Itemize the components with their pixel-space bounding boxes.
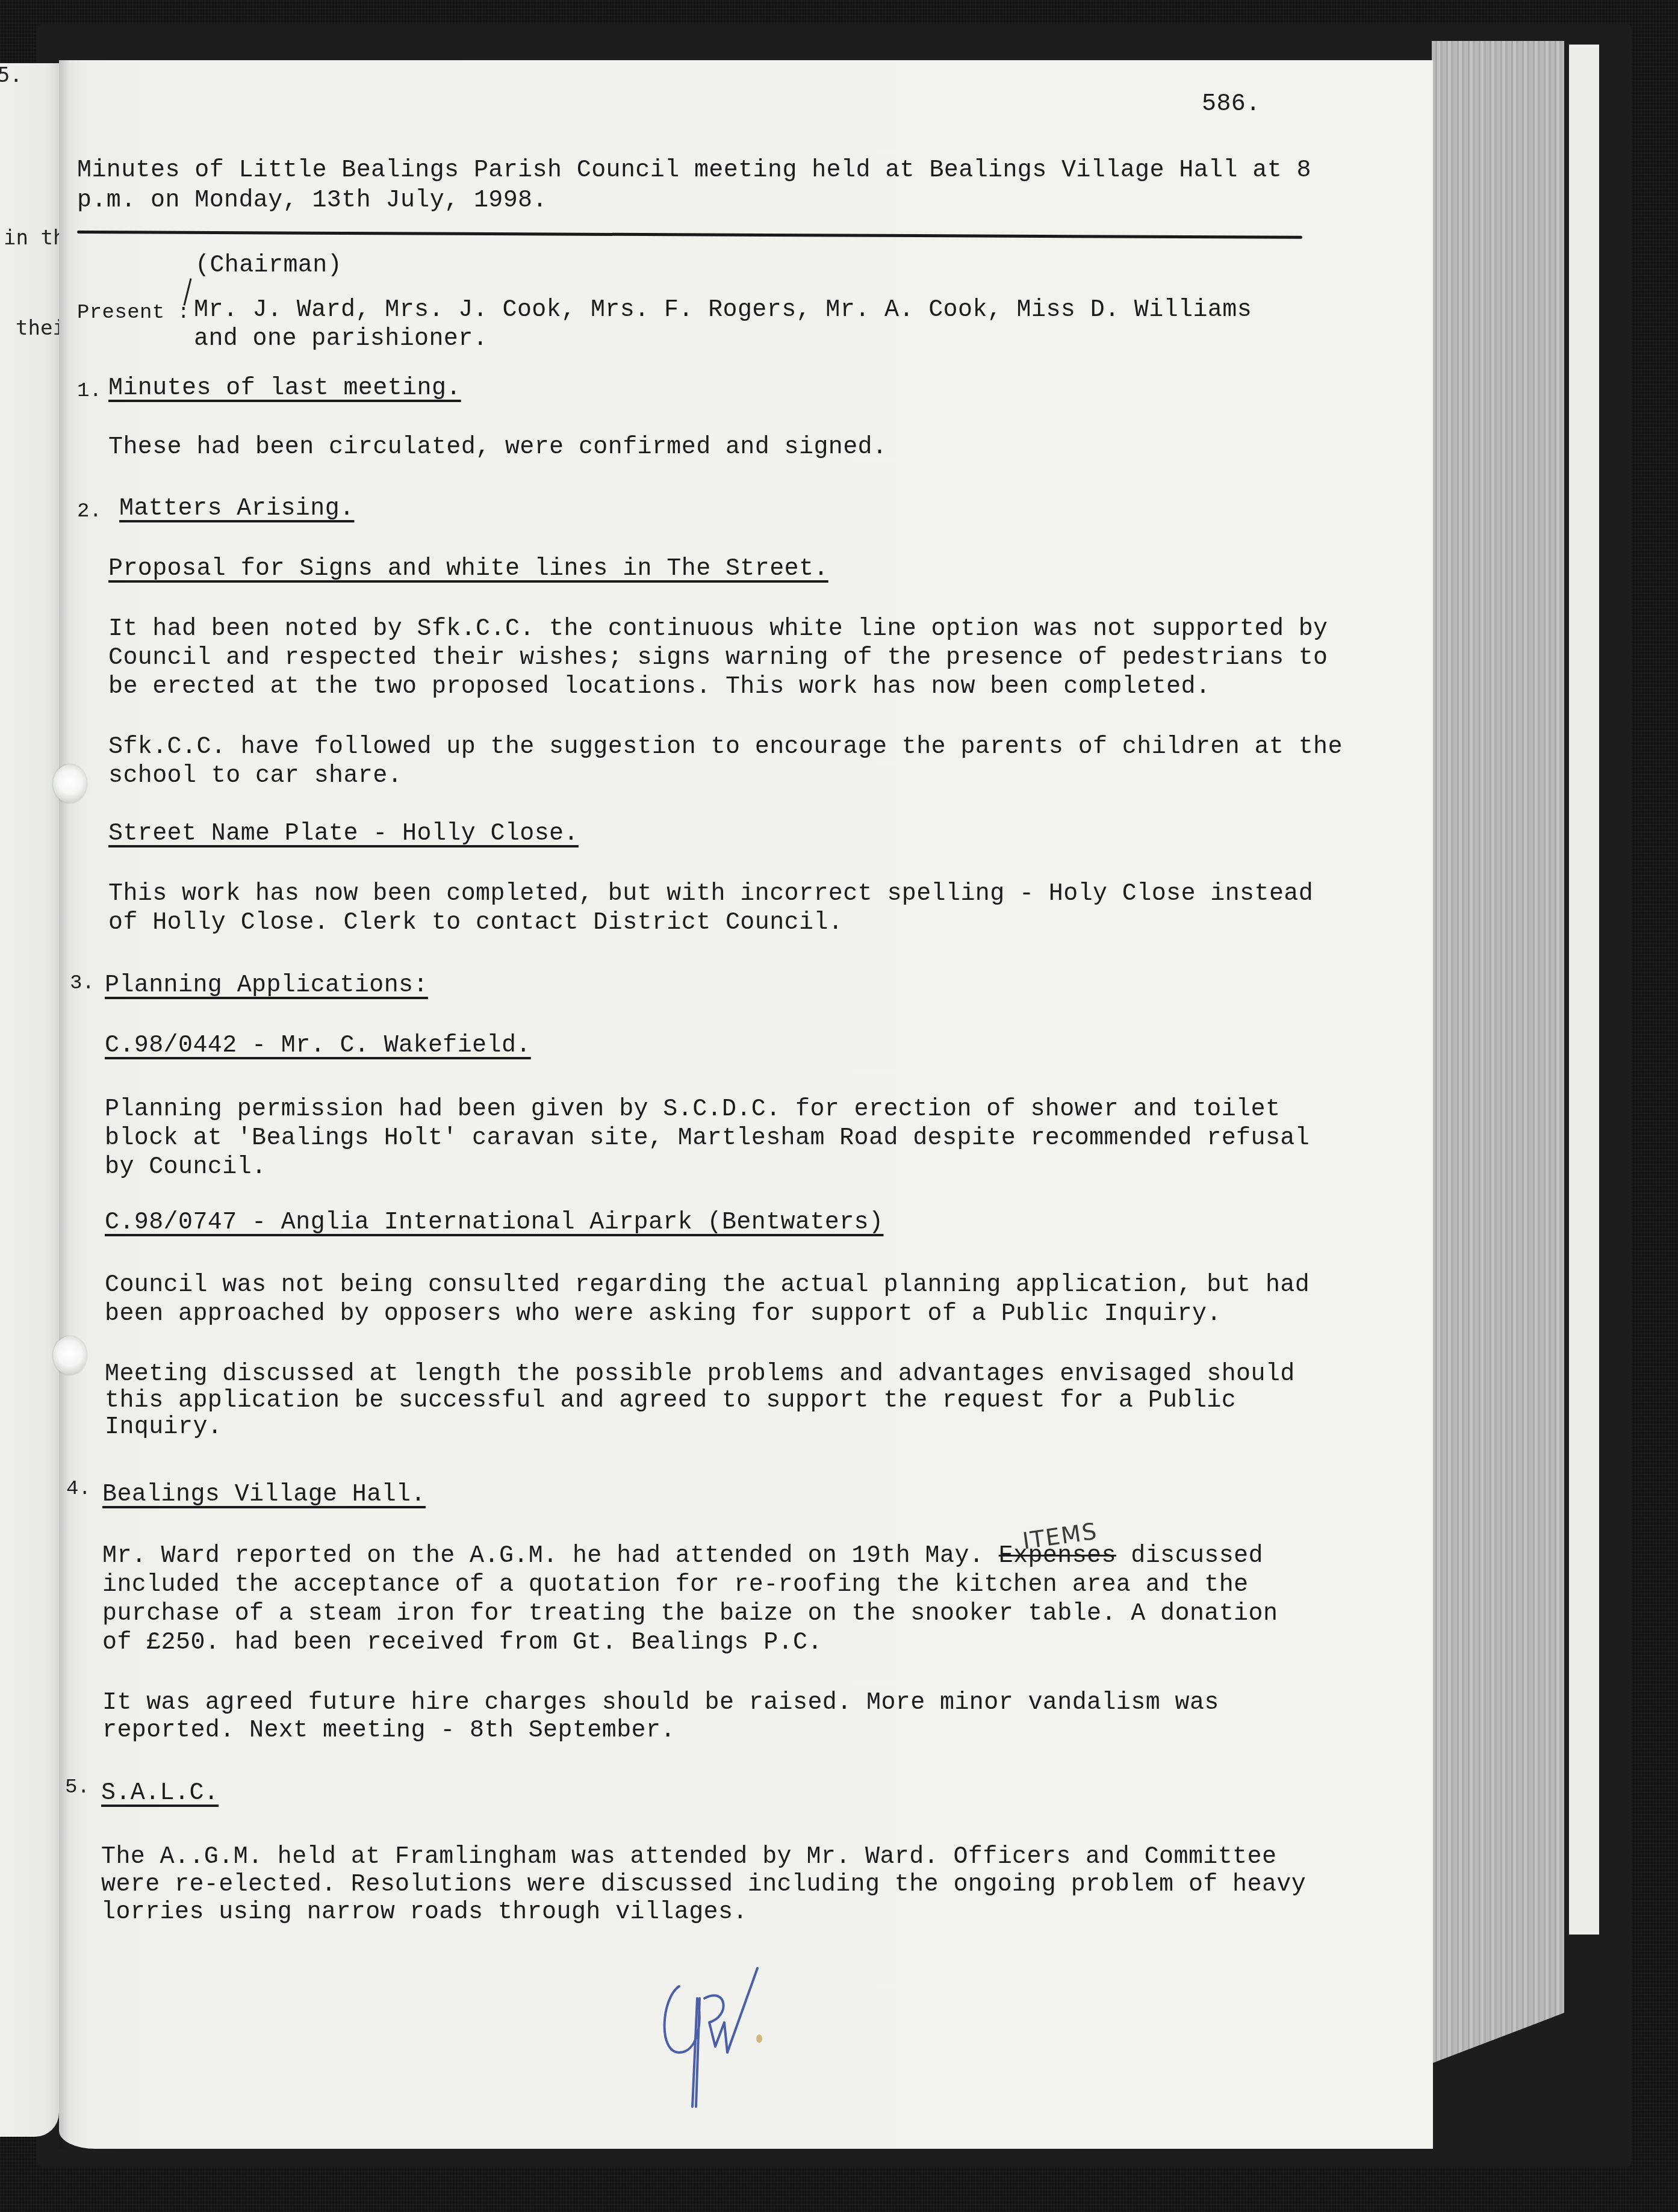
paragraph-line: This work has now been completed, but wi… bbox=[108, 880, 1313, 909]
minutes-title: Minutes of Little Bealings Parish Counci… bbox=[77, 156, 1311, 185]
gutter-shadow bbox=[59, 60, 70, 2149]
left-facing-page: 5. in the their bbox=[0, 63, 59, 2137]
paragraph-line: Mr. Ward reported on the A.G.M. he had a… bbox=[102, 1542, 1263, 1571]
paragraph-line: lorries using narrow roads through villa… bbox=[101, 1898, 748, 1927]
paragraph-line: been approached by opposers who were ask… bbox=[105, 1300, 1222, 1329]
paragraph-line: It was agreed future hire charges should… bbox=[102, 1689, 1219, 1718]
paragraph-line: school to car share. bbox=[108, 762, 402, 791]
page-stack-edge bbox=[1432, 41, 1564, 2063]
paragraph-line: purchase of a steam iron for treating th… bbox=[102, 1600, 1278, 1629]
section-heading: Bealings Village Hall. bbox=[102, 1481, 426, 1510]
section-number: 5. bbox=[65, 1773, 90, 1802]
minutes-title-line2: p.m. on Monday, 13th July, 1998. bbox=[77, 187, 547, 215]
section-number: 1. bbox=[77, 377, 102, 406]
paragraph-line: Meeting discussed at length the possible… bbox=[105, 1360, 1295, 1389]
paragraph-line: Council and respected their wishes; sign… bbox=[108, 644, 1328, 673]
paragraph-line: be erected at the two proposed locations… bbox=[108, 673, 1210, 702]
subsection-heading: C.98/0747 - Anglia International Airpark… bbox=[105, 1209, 883, 1238]
attendees-list: Mr. J. Ward, Mrs. J. Cook, Mrs. F. Roger… bbox=[194, 296, 1252, 325]
end-leaf bbox=[1569, 45, 1599, 1935]
paragraph-line: of £250. had been received from Gt. Beal… bbox=[102, 1629, 822, 1658]
section-number: 2. bbox=[77, 497, 102, 526]
left-page-fragment: 5. bbox=[0, 63, 22, 87]
paragraph: These had been circulated, were confirme… bbox=[108, 433, 887, 462]
paragraph-line: Planning permission had been given by S.… bbox=[105, 1095, 1280, 1124]
section-number: 4. bbox=[66, 1475, 91, 1504]
chairman-note: (Chairman) bbox=[195, 252, 342, 280]
section-heading: Matters Arising. bbox=[119, 495, 354, 524]
paragraph-line: Sfk.C.C. have followed up the suggestion… bbox=[108, 733, 1343, 762]
signature-initials bbox=[655, 1962, 763, 2119]
attendees-list-line2: and one parishioner. bbox=[194, 325, 488, 354]
section-heading: S.A.L.C. bbox=[101, 1779, 219, 1808]
text-segment: Mr. Ward reported on the A.G.M. he had a… bbox=[102, 1543, 999, 1570]
punch-hole bbox=[53, 1336, 87, 1375]
present-label: Present : bbox=[77, 299, 190, 327]
page-number: 586. bbox=[1202, 90, 1261, 119]
subsection-heading: C.98/0442 - Mr. C. Wakefield. bbox=[105, 1032, 531, 1061]
paragraph-line: Council was not being consulted regardin… bbox=[105, 1271, 1310, 1300]
paragraph-line: The A..G.M. held at Framlingham was atte… bbox=[101, 1843, 1276, 1872]
subsection-heading: Proposal for Signs and white lines in Th… bbox=[108, 555, 828, 584]
section-heading: Planning Applications: bbox=[105, 971, 428, 1000]
punch-hole bbox=[53, 764, 87, 803]
paragraph-line: It had been noted by Sfk.C.C. the contin… bbox=[108, 615, 1328, 644]
title-divider bbox=[77, 231, 1302, 239]
text-segment: discussed bbox=[1116, 1543, 1263, 1570]
paragraph-line: Inquiry. bbox=[105, 1413, 222, 1442]
paragraph-line: block at 'Bealings Holt' caravan site, M… bbox=[105, 1124, 1310, 1153]
section-heading: Minutes of last meeting. bbox=[108, 374, 461, 403]
document-page: 586. Minutes of Little Bealings Parish C… bbox=[59, 60, 1433, 2149]
paragraph-line: reported. Next meeting - 8th September. bbox=[102, 1717, 676, 1746]
paragraph-line: by Council. bbox=[105, 1153, 266, 1182]
subsection-heading: Street Name Plate - Holly Close. bbox=[108, 820, 579, 849]
section-number: 3. bbox=[70, 969, 95, 998]
paragraph-line: this application be successful and agree… bbox=[105, 1387, 1236, 1416]
paragraph-line: included the acceptance of a quotation f… bbox=[102, 1571, 1249, 1600]
paragraph-line: were re-elected. Resolutions were discus… bbox=[101, 1871, 1306, 1900]
paper-stain bbox=[756, 2034, 762, 2043]
paragraph-line: of Holly Close. Clerk to contact Distric… bbox=[108, 909, 843, 938]
